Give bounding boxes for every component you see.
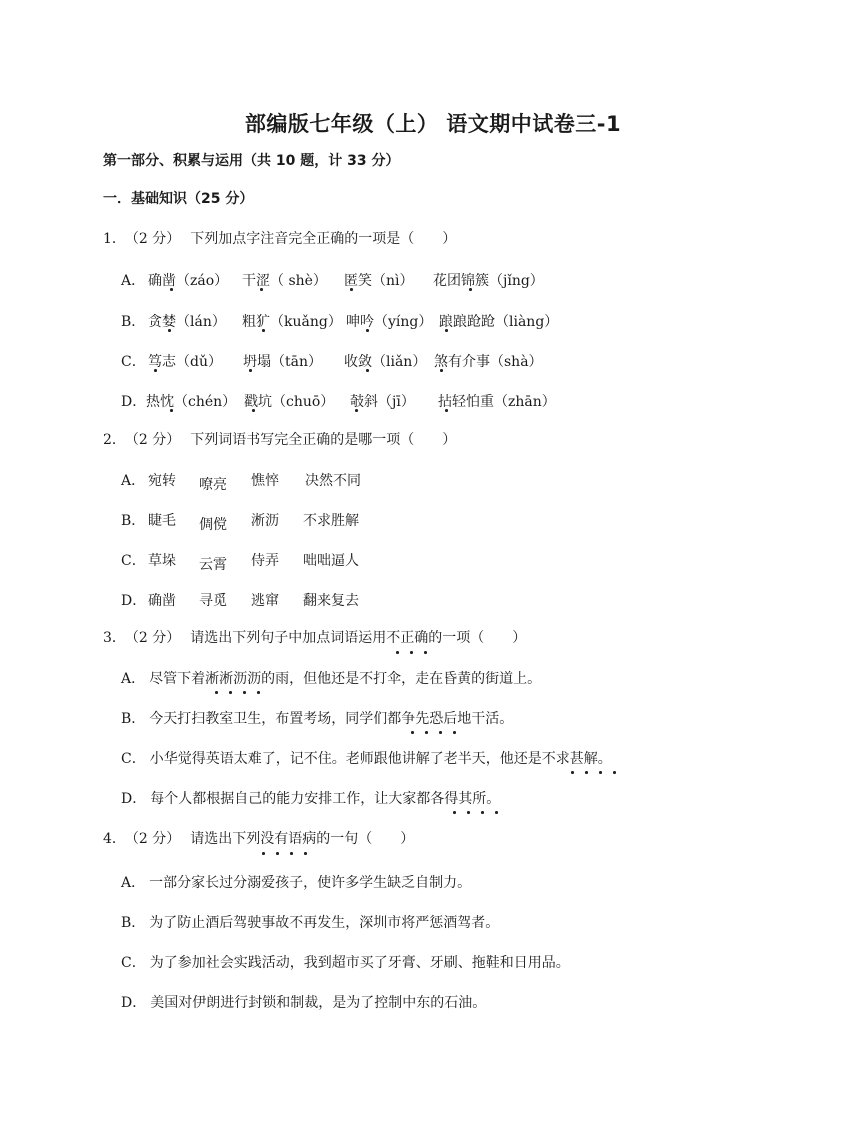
option-text: 美国对伊朗进行封锁和制裁，是为了控制中东的石油。 — [150, 995, 486, 1011]
question-stem-line: 2．（2 分）下列词语书写完全正确的是哪一项（ ） — [103, 429, 456, 449]
option-text: 今天打扫教室卫生，布置考场，同学们都争先恐后地干活。 — [149, 711, 513, 727]
emphasis-dot — [355, 409, 358, 412]
option-item: 逃窜 — [251, 590, 279, 610]
document-title: 部编版七年级（上） 语文期中试卷三-1 — [0, 108, 866, 138]
option-item: 煞有介事（shà） — [434, 351, 543, 371]
emphasis-dot — [249, 369, 252, 372]
option-label-b: B． — [121, 510, 145, 530]
emphasis-dot — [262, 329, 265, 332]
option-item: 草垛 — [148, 550, 176, 570]
emphasis-dot — [170, 409, 173, 412]
option-item: 匿笑（nì） — [344, 270, 414, 290]
emphasis-dot — [170, 288, 173, 291]
question-number: 2． — [103, 432, 126, 448]
emphasis-dot — [424, 651, 427, 654]
emphasis-dot — [495, 811, 498, 814]
option-item: 宛转 — [148, 470, 176, 490]
emphasis-dot — [439, 731, 442, 734]
option-b: B．为了防止酒后驾驶事故不再发生，深圳市将严惩酒驾者。 — [121, 912, 499, 932]
option-item: 贪婪（lán） — [148, 311, 226, 331]
option-item: 确凿（záo） — [148, 270, 228, 290]
emphasis-dot — [410, 651, 413, 654]
question-score: （2 分） — [132, 630, 180, 646]
option-item: 不求胜解 — [303, 510, 359, 530]
option-item: 戳坑（chuō） — [244, 391, 334, 411]
option-item: 嘹亮 — [199, 474, 227, 494]
question-stem-line: 4．（2 分）请选出下列没有语病的一句（ ） — [103, 828, 414, 848]
option-a: A．尽管下着淅淅沥沥的雨，但他还是不打伞，走在昏黄的街道上。 — [121, 668, 541, 688]
option-item: 拈轻怕重（zhān） — [438, 391, 556, 411]
option-item: 呻吟（yíng） — [346, 311, 432, 331]
question-stem: 下列词语书写完全正确的是哪一项（ ） — [190, 432, 456, 448]
option-text: 小华觉得英语太难了，记不住。老师跟他讲解了老半天，他还是不求甚解。 — [150, 751, 612, 767]
option-label: B． — [121, 711, 145, 727]
option-c: C．为了参加社会实践活动，我到超市买了牙膏、牙刷、拖鞋和日用品。 — [121, 952, 570, 972]
emphasis-dot — [252, 409, 255, 412]
question-stem-line: 3．（2 分）请选出下列句子中加点词语运用不正确的一项（ ） — [103, 627, 526, 647]
emphasis-dot — [440, 369, 443, 372]
option-label: B． — [121, 915, 145, 931]
question-score: （2 分） — [132, 432, 180, 448]
option-item: 倜傥 — [199, 514, 227, 534]
option-item: 坍塌（tān） — [243, 351, 322, 371]
option-d: D．每个人都根据自己的能力安排工作，让大家都各得其所。 — [121, 788, 500, 808]
question-stem: 下列加点字注音完全正确的一项是（ ） — [190, 231, 456, 247]
option-label: A． — [121, 671, 145, 687]
emphasis-dot — [304, 852, 307, 855]
emphasis-dot — [613, 771, 616, 774]
option-text: 每个人都根据自己的能力安排工作，让大家都各得其所。 — [150, 791, 500, 807]
option-c: C．小华觉得英语太难了，记不住。老师跟他讲解了老半天，他还是不求甚解。 — [121, 748, 612, 768]
emphasis-dot — [215, 691, 218, 694]
emphasis-dot — [481, 811, 484, 814]
emphasis-dot — [445, 329, 448, 332]
question-stem: 请选出下列句子中加点词语运用不正确的一项（ ） — [190, 630, 526, 646]
emphasis-dot — [467, 811, 470, 814]
option-label-d: D． — [121, 590, 146, 610]
option-label-b: B． — [121, 311, 145, 331]
option-item: 翻来复去 — [303, 590, 359, 610]
option-item: 笃志（dǔ） — [148, 351, 222, 371]
question-stem-line: 1．（2 分）下列加点字注音完全正确的一项是（ ） — [103, 228, 456, 248]
emphasis-dot — [571, 771, 574, 774]
option-a: A．一部分家长过分溺爱孩子，使许多学生缺乏自制力。 — [121, 872, 471, 892]
emphasis-dot — [262, 852, 265, 855]
emphasis-dot — [396, 651, 399, 654]
option-label: C． — [121, 751, 146, 767]
question-number: 3． — [103, 630, 126, 646]
option-b: B．今天打扫教室卫生，布置考场，同学们都争先恐后地干活。 — [121, 708, 513, 728]
emphasis-dot — [154, 369, 157, 372]
option-item: 干涩（ shè） — [242, 270, 327, 290]
option-label-a: A． — [121, 270, 145, 290]
option-item: 侍弄 — [251, 550, 279, 570]
option-text: 为了防止酒后驾驶事故不再发生，深圳市将严惩酒驾者。 — [149, 915, 499, 931]
option-item: 咄咄逼人 — [303, 550, 359, 570]
option-label-d: D． — [121, 391, 146, 411]
option-item: 确凿 — [148, 590, 176, 610]
emphasis-dot — [243, 691, 246, 694]
emphasis-dot — [276, 852, 279, 855]
option-text: 一部分家长过分溺爱孩子，使许多学生缺乏自制力。 — [149, 875, 471, 891]
emphasis-dot — [469, 288, 472, 291]
option-label-c: C． — [121, 550, 146, 570]
option-item: 淅沥 — [251, 510, 279, 530]
emphasis-dot — [445, 409, 448, 412]
emphasis-dot — [425, 731, 428, 734]
emphasis-dot — [453, 731, 456, 734]
option-text: 为了参加社会实践活动，我到超市买了牙膏、牙刷、拖鞋和日用品。 — [150, 955, 570, 971]
option-item: 云霄 — [199, 554, 227, 574]
option-label-a: A． — [121, 470, 145, 490]
option-item: 寻觅 — [199, 590, 227, 610]
option-item: 睫毛 — [148, 510, 176, 530]
option-item: 攲斜（jī） — [350, 391, 415, 411]
emphasis-dot — [257, 691, 260, 694]
emphasis-dot — [229, 691, 232, 694]
option-d: D．美国对伊朗进行封锁和制裁，是为了控制中东的石油。 — [121, 992, 486, 1012]
emphasis-dot — [260, 288, 263, 291]
option-item: 花团锦簇（jǐng） — [433, 270, 544, 290]
option-item: 收敛（liǎn） — [344, 351, 426, 371]
option-label: D． — [121, 995, 146, 1011]
option-item: 决然不同 — [305, 470, 361, 490]
section-heading: 一．基础知识（25 分） — [103, 188, 253, 208]
option-label: A． — [121, 875, 145, 891]
question-score: （2 分） — [132, 831, 180, 847]
emphasis-dot — [453, 811, 456, 814]
option-item: 粗犷（kuǎng） — [242, 311, 342, 331]
option-item: 踉踉跄跄（liàng） — [439, 311, 558, 331]
emphasis-dot — [366, 369, 369, 372]
emphasis-dot — [585, 771, 588, 774]
emphasis-dot — [350, 288, 353, 291]
emphasis-dot — [290, 852, 293, 855]
question-stem: 请选出下列没有语病的一句（ ） — [190, 831, 414, 847]
part-heading: 第一部分、积累与运用（共 10 题，计 33 分） — [103, 150, 399, 170]
question-score: （2 分） — [132, 231, 180, 247]
emphasis-dot — [599, 771, 602, 774]
emphasis-dot — [168, 329, 171, 332]
question-number: 1． — [103, 231, 126, 247]
emphasis-dot — [411, 731, 414, 734]
option-text: 尽管下着淅淅沥沥的雨，但他还是不打伞，走在昏黄的街道上。 — [149, 671, 541, 687]
option-item: 热忱（chén） — [146, 391, 236, 411]
option-item: 憔悴 — [251, 470, 279, 490]
emphasis-dot — [366, 329, 369, 332]
option-label: D． — [121, 791, 146, 807]
option-label: C． — [121, 955, 146, 971]
option-label-c: C． — [121, 351, 146, 371]
question-number: 4． — [103, 831, 126, 847]
